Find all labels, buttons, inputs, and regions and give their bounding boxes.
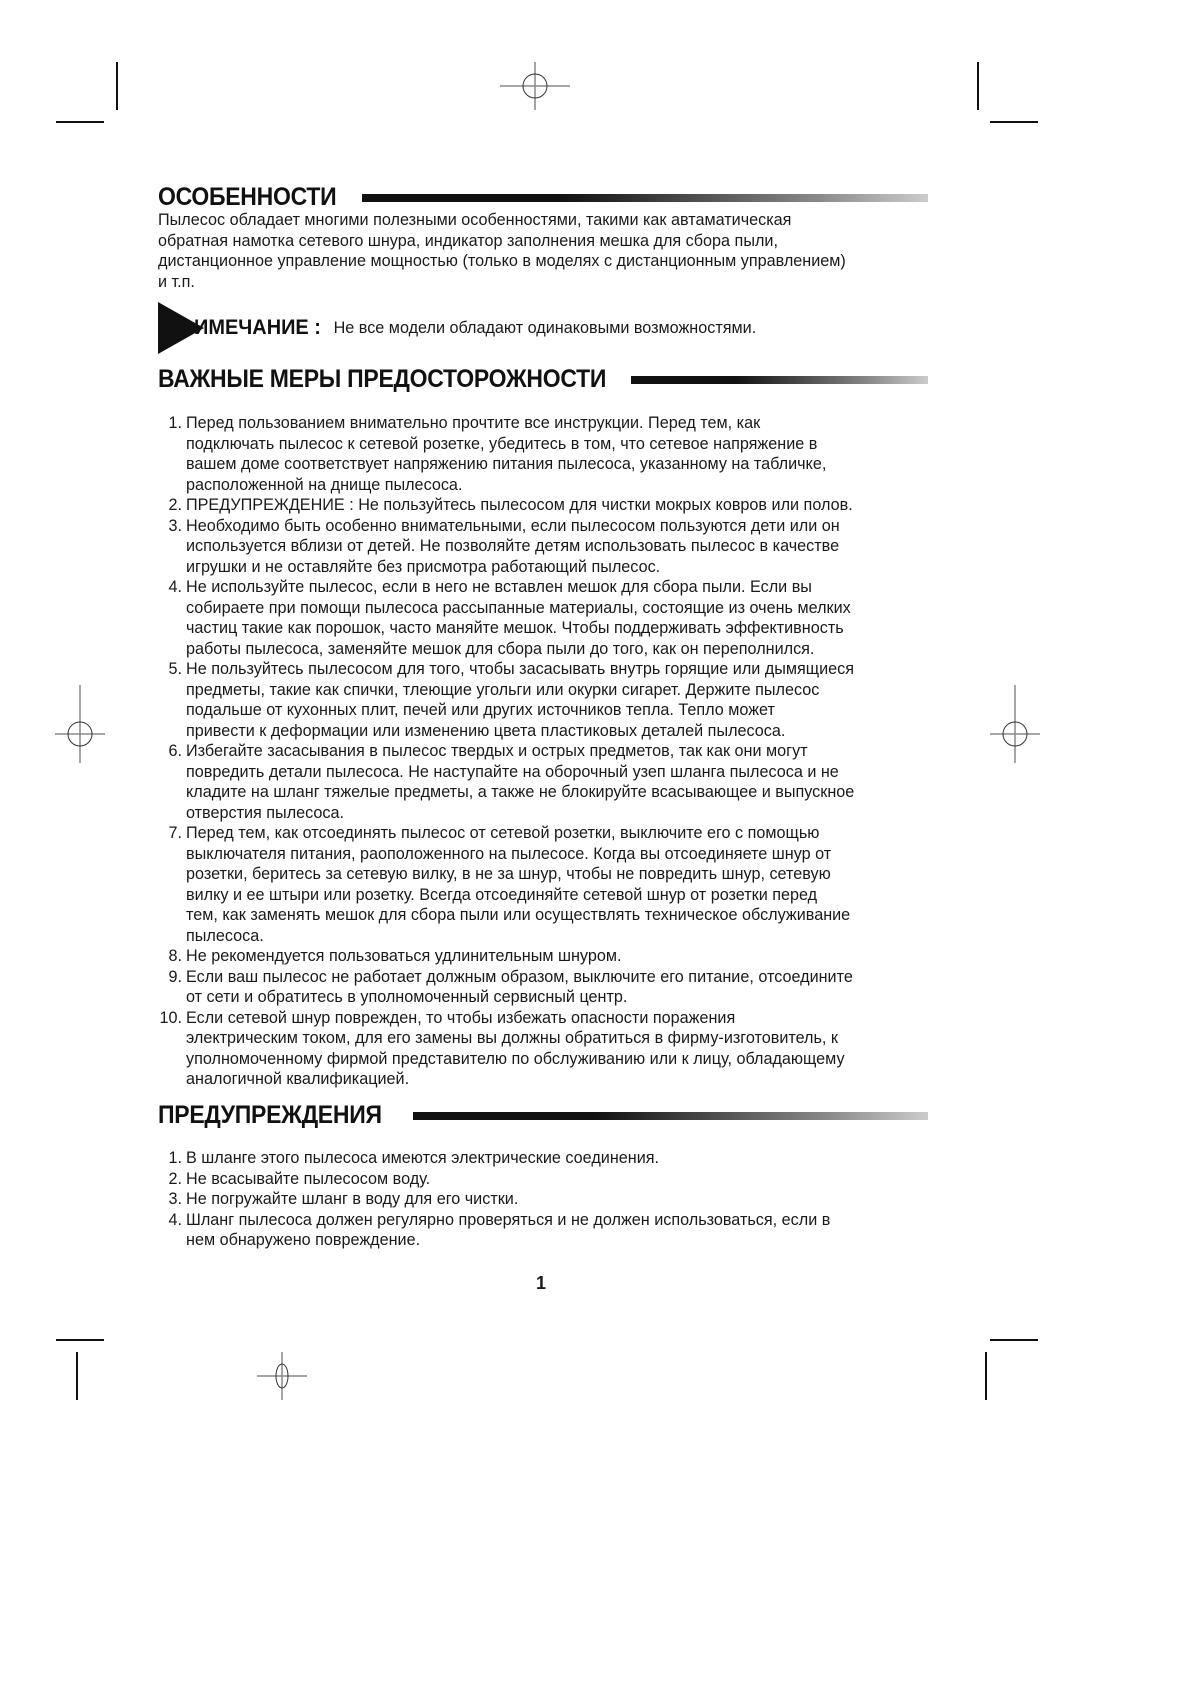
list-item-line: повредить детали пылесоса. Не наступайте… (186, 762, 928, 783)
registration-target-icon (500, 60, 570, 110)
list-item: 10.Если сетевой шнур поврежден, то чтобы… (158, 1008, 928, 1090)
list-item: 7.Перед тем, как отсоединять пылесос от … (158, 823, 928, 946)
crop-mark (990, 121, 1038, 123)
list-item: 5.Не пользуйтесь пылесосом для того, что… (158, 659, 928, 741)
list-item-line: Не рекомендуется пользоваться удлинитель… (186, 946, 928, 967)
list-item-line: уполномоченному фирмой представителю по … (186, 1049, 928, 1070)
list-item-line: вашем доме соответствует напряжению пита… (186, 454, 928, 475)
list-number: 3. (158, 1189, 182, 1210)
warnings-list: 1.В шланге этого пылесоса имеются электр… (158, 1148, 928, 1251)
list-item-line: Не всасывайте пылесосом воду. (186, 1169, 928, 1190)
section-title: ОСОБЕННОСТИ (158, 183, 336, 212)
list-item-line: предметы, такие как спички, тлеющие угол… (186, 680, 928, 701)
note-box: ИМЕЧАНИЕ : Не все модели обладают одинак… (158, 302, 756, 354)
list-number: 1. (158, 1148, 182, 1169)
features-paragraph: Пылесос обладает многими полезными особе… (158, 210, 918, 292)
list-number: 4. (158, 577, 182, 598)
list-item-line: кладите на шланг тяжелые предметы, а так… (186, 782, 928, 803)
list-item-line: подальше от кухонных плит, печей или дру… (186, 700, 928, 721)
list-item-line: игрушки и не оставляйте без присмотра ра… (186, 557, 928, 578)
list-item-line: Не используйте пылесос, если в него не в… (186, 577, 928, 598)
section-warnings-header: ПРЕДУПРЕЖДЕНИЯ (158, 1101, 928, 1130)
paragraph-line: и т.п. (158, 272, 918, 293)
list-item: 2.ПРЕДУПРЕЖДЕНИЕ : Не пользуйтесь пылесо… (158, 495, 928, 516)
paragraph-line: Пылесос обладает многими полезными особе… (158, 210, 918, 231)
registration-target-icon (55, 683, 105, 763)
list-number: 9. (158, 967, 182, 988)
list-item-line: Необходимо быть особенно внимательными, … (186, 516, 928, 537)
list-item-line: пылесоса. (186, 926, 928, 947)
list-item: 4.Не используйте пылесос, если в него не… (158, 577, 928, 659)
list-number: 6. (158, 741, 182, 762)
note-label: ИМЕЧАНИЕ : (194, 316, 321, 340)
section-title: ПРЕДУПРЕЖДЕНИЯ (158, 1101, 382, 1130)
list-number: 1. (158, 413, 182, 434)
precautions-list: 1.Перед пользованием внимательно прочтит… (158, 413, 928, 1090)
crop-mark (977, 62, 979, 110)
list-number: 2. (158, 1169, 182, 1190)
list-item-line: собираете при помощи пылесоса рассыпанны… (186, 598, 928, 619)
list-item-line: расположенной на днище пылесоса. (186, 475, 928, 496)
list-item-line: нем обнаружено повреждение. (186, 1230, 928, 1251)
list-item-line: выключателя питания, раоположенного на п… (186, 844, 928, 865)
list-item: 6.Избегайте засасывания в пылесос тверды… (158, 741, 928, 823)
list-item-line: работы пылесоса, заменяйте мешок для сбо… (186, 639, 928, 660)
list-item: 3.Не погружайте шланг в воду для его чис… (158, 1189, 928, 1210)
list-item-line: Перед пользованием внимательно прочтите … (186, 413, 928, 434)
list-item-line: Если ваш пылесос не работает должным обр… (186, 967, 928, 988)
section-rule (413, 1112, 928, 1120)
list-item-line: Если сетевой шнур поврежден, то чтобы из… (186, 1008, 928, 1029)
crop-mark (56, 1339, 104, 1341)
list-item: 4.Шланг пылесоса должен регулярно провер… (158, 1210, 928, 1251)
list-number: 8. (158, 946, 182, 967)
list-item: 1.Перед пользованием внимательно прочтит… (158, 413, 928, 495)
list-number: 5. (158, 659, 182, 680)
list-item-line: аналогичной квалификацией. (186, 1069, 928, 1090)
section-title: ВАЖНЫЕ МЕРЫ ПРЕДОСТОРОЖНОСТИ (158, 365, 606, 394)
note-text: Не все модели обладают одинаковыми возмо… (334, 319, 757, 338)
list-item: 2.Не всасывайте пылесосом воду. (158, 1169, 928, 1190)
page-number: 1 (536, 1273, 546, 1294)
section-features-header: ОСОБЕННОСТИ (158, 183, 928, 212)
list-number: 10. (158, 1008, 182, 1029)
registration-target-icon (257, 1352, 307, 1400)
registration-target-icon (990, 683, 1040, 763)
list-item-line: Шланг пылесоса должен регулярно проверят… (186, 1210, 928, 1231)
paragraph-line: дистанционное управление мощностью (толь… (158, 251, 918, 272)
list-item-line: Не пользуйтесь пылесосом для того, чтобы… (186, 659, 928, 680)
list-number: 2. (158, 495, 182, 516)
list-item-line: отверстия пылесоса. (186, 803, 928, 824)
list-number: 7. (158, 823, 182, 844)
list-item: 1.В шланге этого пылесоса имеются электр… (158, 1148, 928, 1169)
crop-mark (116, 62, 118, 110)
list-item-line: Избегайте засасывания в пылесос твердых … (186, 741, 928, 762)
list-item-line: от сети и обратитесь в уполномоченный се… (186, 987, 928, 1008)
list-item-line: подключать пылесос к сетевой розетке, уб… (186, 434, 928, 455)
list-item-line: Перед тем, как отсоединять пылесос от се… (186, 823, 928, 844)
crop-mark (990, 1339, 1038, 1341)
crop-mark (76, 1352, 78, 1400)
section-precautions-header: ВАЖНЫЕ МЕРЫ ПРЕДОСТОРОЖНОСТИ (158, 365, 928, 394)
list-item-line: В шланге этого пылесоса имеются электрич… (186, 1148, 928, 1169)
crop-mark (56, 121, 104, 123)
list-item-line: Не погружайте шланг в воду для его чистк… (186, 1189, 928, 1210)
list-item: 3.Необходимо быть особенно внимательными… (158, 516, 928, 578)
list-item: 9.Если ваш пылесос не работает должным о… (158, 967, 928, 1008)
list-item-line: розетки, беритесь за сетевую вилку, в не… (186, 864, 928, 885)
list-number: 3. (158, 516, 182, 537)
list-item-line: вилку и ее штыри или розетку. Всегда отс… (186, 885, 928, 906)
list-item-line: привести к деформации или изменению цвет… (186, 721, 928, 742)
list-item-line: тем, как заменять мешок для сбора пыли и… (186, 905, 928, 926)
list-item-line: электрическим током, для его замены вы д… (186, 1028, 928, 1049)
list-number: 4. (158, 1210, 182, 1231)
section-rule (631, 376, 928, 384)
list-item-line: используется вблизи от детей. Не позволя… (186, 536, 928, 557)
list-item-line: частиц такие как порошок, часто маняйте … (186, 618, 928, 639)
paragraph-line: обратная намотка сетевого шнура, индикат… (158, 231, 918, 252)
list-item-line: ПРЕДУПРЕЖДЕНИЕ : Не пользуйтесь пылесосо… (186, 495, 928, 516)
crop-mark (985, 1352, 987, 1400)
section-rule (362, 194, 928, 202)
list-item: 8.Не рекомендуется пользоваться удлините… (158, 946, 928, 967)
